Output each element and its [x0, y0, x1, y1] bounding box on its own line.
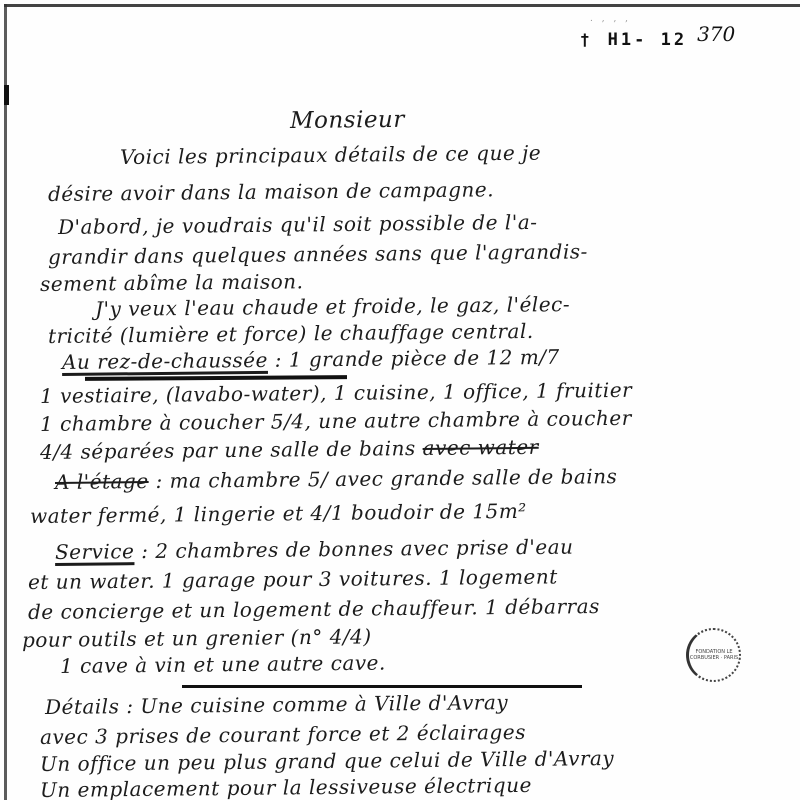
letter-line: Un office un peu plus grand que celui de… — [40, 746, 614, 776]
section-heading-details: Détails — [45, 694, 120, 719]
letter-line: grandir dans quelques années sans que l'… — [48, 239, 588, 269]
letter-line: Un emplacement pour la lessiveuse électr… — [40, 773, 532, 800]
heavy-underline — [85, 375, 347, 381]
letter-line: water fermé, 1 lingerie et 4/1 boudoir d… — [30, 499, 527, 528]
handwritten-folio-number: 370 — [697, 22, 735, 46]
binding-mark — [4, 85, 9, 105]
letter-line-ground-floor: Au rez-de-chaussée : 1 grande pièce de 1… — [62, 345, 560, 374]
letter-text: : ma chambre 5/ avec grande salle de bai… — [149, 464, 618, 493]
letter-line-service: Service : 2 chambres de bonnes avec pris… — [55, 535, 574, 564]
archive-stamp: FONDATION LE CORBUSIER · PARIS — [686, 628, 741, 682]
letter-line: pour outils et un grenier (n° 4/4) — [22, 624, 372, 652]
letter-line-details: Détails : Une cuisine comme à Ville d'Av… — [45, 690, 508, 719]
letter-line: Voici les principaux détails de ce que j… — [120, 141, 541, 169]
archive-code: H1- 12 — [608, 30, 687, 50]
page-left-border — [4, 4, 7, 800]
letter-text: 4/4 séparées par une salle de bains — [40, 436, 423, 464]
letter-line-upper-floor: A l'étage : ma chambre 5/ avec grande sa… — [55, 464, 618, 494]
struck-text: avec water — [422, 435, 538, 460]
section-heading-ground-floor: Au rez-de-chaussée — [62, 348, 268, 374]
letter-line: 1 vestiaire, (lavabo-water), 1 cuisine, … — [40, 378, 632, 408]
stamp-text: FONDATION LE CORBUSIER · PARIS — [689, 649, 739, 661]
scan-specks: . , , , — [590, 14, 631, 24]
letter-text: : Une cuisine comme à Ville d'Avray — [119, 690, 508, 718]
section-heading-service: Service — [55, 539, 135, 564]
letter-line: de concierge et un logement de chauffeur… — [28, 594, 600, 624]
page-top-border — [4, 4, 800, 7]
letter-line: J'y veux l'eau chaude et froide, le gaz,… — [95, 292, 570, 321]
letter-line: 1 chambre à coucher 5/4, une autre chamb… — [40, 406, 632, 436]
letter-line: désire avoir dans la maison de campagne. — [48, 177, 494, 206]
letter-line: sement abîme la maison. — [40, 269, 304, 296]
salutation: Monsieur — [290, 107, 405, 134]
letter-line: avec 3 prises de courant force et 2 écla… — [40, 720, 526, 749]
letter-text: : 2 chambres de bonnes avec prise d'eau — [134, 535, 573, 564]
letter-line: 4/4 séparées par une salle de bains avec… — [40, 435, 539, 464]
letter-line: tricité (lumière et force) le chauffage … — [48, 319, 534, 348]
section-heading-upper-floor: A l'étage — [55, 469, 149, 494]
dagger-mark: † — [580, 30, 592, 49]
letter-line: 1 cave à vin et une autre cave. — [60, 651, 386, 678]
letter-text: : 1 grande pièce de 12 m/7 — [268, 345, 560, 372]
letter-line: D'abord, je voudrais qu'il soit possible… — [58, 210, 538, 239]
scanned-letter-page: . , , , † H1- 12 370 Monsieur Voici les … — [0, 0, 800, 800]
letter-line: et un water. 1 garage pour 3 voitures. 1… — [28, 564, 558, 594]
archive-reference: † H1- 12 370 — [580, 26, 735, 50]
section-divider — [182, 685, 582, 688]
